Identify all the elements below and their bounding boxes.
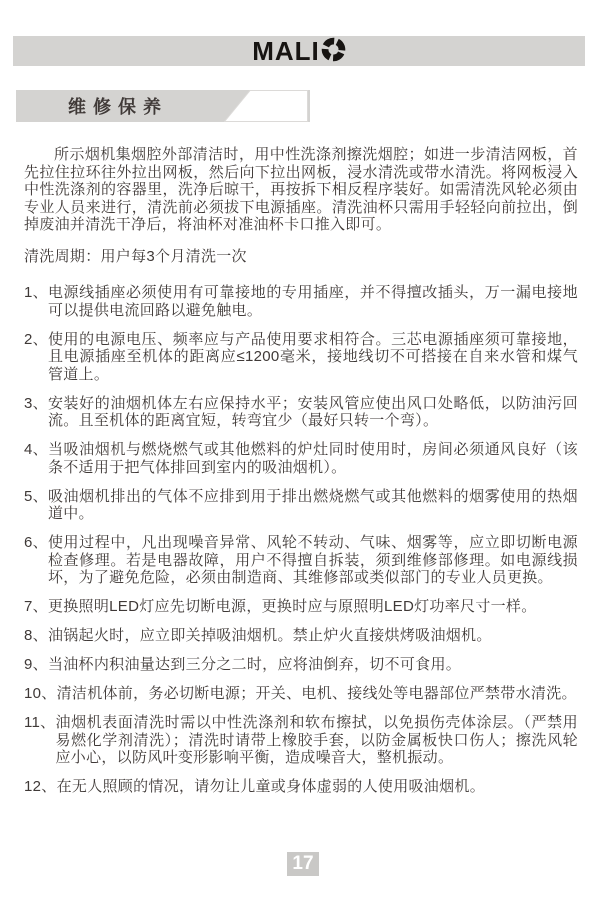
item-text: 油烟机表面清洗时需以中性洗涤剂和软布擦拭，以免损伤壳体涂层。（严禁用易燃化学剂清… — [55, 714, 578, 767]
section-header: 维修保养 — [16, 90, 310, 122]
list-item: 9、 当油杯内积油量达到三分之二时，应将油倒弃，切不可食用。 — [24, 656, 578, 674]
intro-paragraph: 所示烟机集烟腔外部清洁时，用中性洗涤剂擦洗烟腔；如进一步清洁网板，首先拉住拉环往… — [24, 146, 578, 234]
item-number: 4、 — [24, 441, 48, 459]
item-text: 电源线插座必须使用有可靠接地的专用插座，并不得擅改插头，万一漏电接地可以提供电流… — [48, 284, 578, 319]
item-number: 1、 — [24, 284, 48, 302]
item-number: 6、 — [24, 534, 48, 552]
section-title: 维修保养 — [16, 93, 168, 119]
item-text: 使用的电源电压、频率应与产品使用要求相符合。三芯电源插座须可靠接地，且电源插座至… — [48, 331, 578, 384]
item-text: 清洁机体前，务必切断电源；开关、电机、接线处等电器部位严禁带水清洗。 — [57, 685, 578, 703]
page-content: 所示烟机集烟腔外部清洁时，用中性洗涤剂擦洗烟腔；如进一步清洁网板，首先拉住拉环往… — [0, 146, 598, 807]
list-item: 1、 电源线插座必须使用有可靠接地的专用插座，并不得擅改插头，万一漏电接地可以提… — [24, 284, 578, 319]
item-number: 5、 — [24, 488, 48, 506]
item-number: 3、 — [24, 395, 48, 413]
page-number-badge: 17 — [287, 852, 319, 876]
manual-page: MALI 维修保养 所示烟机集烟腔外部清洁时，用中性洗涤剂擦洗烟腔；如进一步清洁… — [0, 0, 598, 917]
item-text: 更换照明LED灯应先切断电源，更换时应与原照明LED灯功率尺寸一样。 — [48, 598, 578, 616]
brand-logo-text: MALI — [252, 38, 320, 64]
list-item: 12、 在无人照顾的情况，请勿让儿童或身体虚弱的人使用吸油烟机。 — [24, 778, 578, 796]
item-number: 9、 — [24, 656, 48, 674]
item-number: 10、 — [24, 685, 57, 703]
list-item: 4、 当吸油烟机与燃烧燃气或其他燃料的炉灶同时使用时，房间必须通风良好（该条不适… — [24, 441, 578, 476]
item-text: 使用过程中，凡出现噪音异常、风轮不转动、气味、烟雾等，应立即切断电源检查修理。若… — [48, 534, 578, 587]
item-text: 在无人照顾的情况，请勿让儿童或身体虚弱的人使用吸油烟机。 — [57, 778, 578, 796]
list-item: 6、 使用过程中，凡出现噪音异常、风轮不转动、气味、烟雾等，应立即切断电源检查修… — [24, 534, 578, 587]
list-item: 7、 更换照明LED灯应先切断电源，更换时应与原照明LED灯功率尺寸一样。 — [24, 598, 578, 616]
item-number: 12、 — [24, 778, 57, 796]
item-text: 当油杯内积油量达到三分之二时，应将油倒弃，切不可食用。 — [48, 656, 578, 674]
list-item: 10、 清洁机体前，务必切断电源；开关、电机、接线处等电器部位严禁带水清洗。 — [24, 685, 578, 703]
item-text: 油锅起火时，应立即关掉吸油烟机。禁止炉火直接烘烤吸油烟机。 — [48, 627, 578, 645]
item-text: 吸油烟机排出的气体不应排到用于排出燃烧燃气或其他燃料的烟雾使用的热烟道中。 — [48, 488, 578, 523]
logo-bar: MALI — [13, 36, 585, 66]
ribbon-arrow-shape — [224, 90, 308, 122]
item-text: 当吸油烟机与燃烧燃气或其他燃料的炉灶同时使用时，房间必须通风良好（该条不适用于把… — [48, 441, 578, 476]
item-number: 8、 — [24, 627, 48, 645]
segmented-circle-icon — [321, 37, 346, 66]
list-item: 11、 油烟机表面清洗时需以中性洗涤剂和软布擦拭，以免损伤壳体涂层。（严禁用易燃… — [24, 714, 578, 767]
list-item: 2、 使用的电源电压、频率应与产品使用要求相符合。三芯电源插座须可靠接地，且电源… — [24, 331, 578, 384]
list-item: 5、 吸油烟机排出的气体不应排到用于排出燃烧燃气或其他燃料的烟雾使用的热烟道中。 — [24, 488, 578, 523]
item-number: 11、 — [24, 714, 55, 732]
brand-logo: MALI — [252, 37, 346, 66]
maintenance-list: 1、 电源线插座必须使用有可靠接地的专用插座，并不得擅改插头，万一漏电接地可以提… — [24, 284, 578, 796]
cleaning-cycle-note: 清洗周期：用户每3个月清洗一次 — [24, 248, 578, 266]
list-item: 3、 安装好的油烟机体左右应保持水平；安装风管应使出风口处略低，以防油污回流。且… — [24, 395, 578, 430]
item-text: 安装好的油烟机体左右应保持水平；安装风管应使出风口处略低，以防油污回流。且至机体… — [48, 395, 578, 430]
item-number: 7、 — [24, 598, 48, 616]
list-item: 8、 油锅起火时，应立即关掉吸油烟机。禁止炉火直接烘烤吸油烟机。 — [24, 627, 578, 645]
item-number: 2、 — [24, 331, 48, 349]
